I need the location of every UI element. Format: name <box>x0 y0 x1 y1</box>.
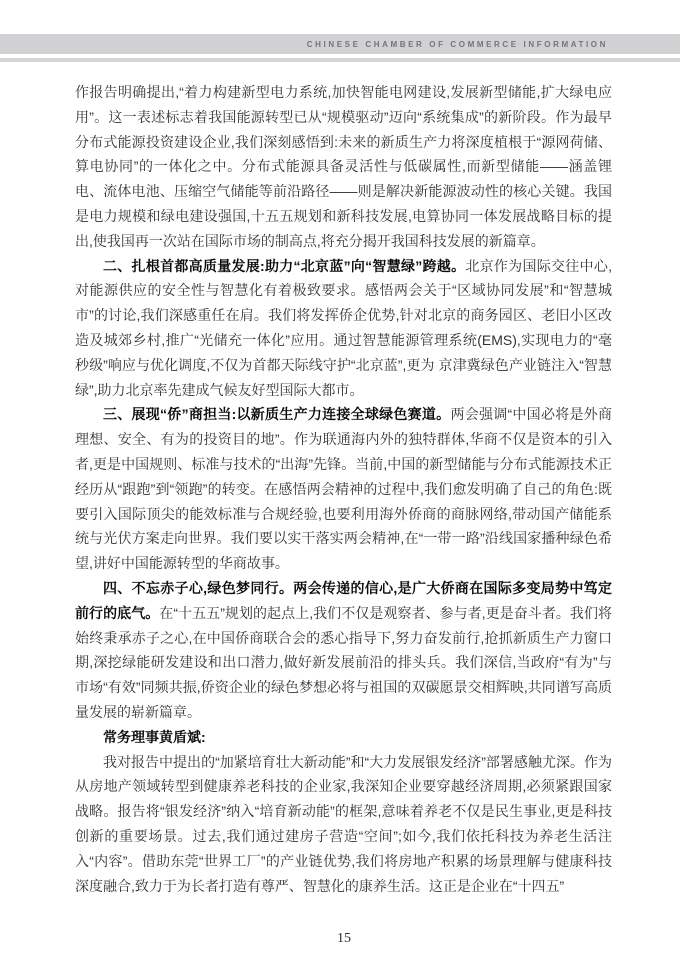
paragraph: 我对报告中提出的“加紧培育壮大新动能”和“大力发展银发经济”部署感触尤深。作为从… <box>75 750 612 899</box>
paragraph: 二、扎根首都高质量发展:助力“北京蓝”向“智慧绿”跨越。北京作为国际交往中心,对… <box>75 254 612 403</box>
header-banner: CHINESE CHAMBER OF COMMERCE INFORMATION <box>0 34 680 54</box>
document-body: 作报告明确提出,“着力构建新型电力系统,加快智能电网建设,发展新型储能,扩大绿电… <box>75 80 612 898</box>
paragraph-lead: 二、扎根首都高质量发展:助力“北京蓝”向“智慧绿”跨越。 <box>103 258 465 274</box>
paragraph-lead: 三、展现“侨”商担当:以新质生产力连接全球绿色赛道。 <box>103 406 450 422</box>
paragraph-text: 两会强调“中国必将是外商理想、安全、有为的投资目的地”。作为联通海内外的独特群体… <box>75 406 612 571</box>
page-number: 15 <box>0 931 688 947</box>
paragraph: 三、展现“侨”商担当:以新质生产力连接全球绿色赛道。两会强调“中国必将是外商理想… <box>75 402 612 576</box>
paragraph-text: 作报告明确提出,“着力构建新型电力系统,加快智能电网建设,发展新型储能,扩大绿电… <box>75 84 612 249</box>
paragraph: 作报告明确提出,“着力构建新型电力系统,加快智能电网建设,发展新型储能,扩大绿电… <box>75 80 612 254</box>
paragraph-text: 在“十五五”规划的起点上,我们不仅是观察者、参与者,更是奋斗者。我们将始终秉承赤… <box>75 605 612 720</box>
paragraph-text: 我对报告中提出的“加紧培育壮大新动能”和“大力发展银发经济”部署感触尤深。作为从… <box>75 754 612 894</box>
header-divider-line <box>0 58 680 62</box>
paragraph: 四、不忘赤子心,绿色梦同行。两会传递的信心,是广大侨商在国际多变局势中笃定前行的… <box>75 576 612 725</box>
document-page: CHINESE CHAMBER OF COMMERCE INFORMATION … <box>0 0 688 971</box>
paragraph-text: 北京作为国际交往中心,对能源供应的安全性与智慧化有着极致要求。感悟两会关于“区域… <box>75 258 612 398</box>
paragraph-speaker-heading: 常务理事黄盾斌: <box>75 725 612 750</box>
header-banner-text: CHINESE CHAMBER OF COMMERCE INFORMATION <box>307 40 608 49</box>
paragraph-lead: 常务理事黄盾斌: <box>103 729 206 745</box>
